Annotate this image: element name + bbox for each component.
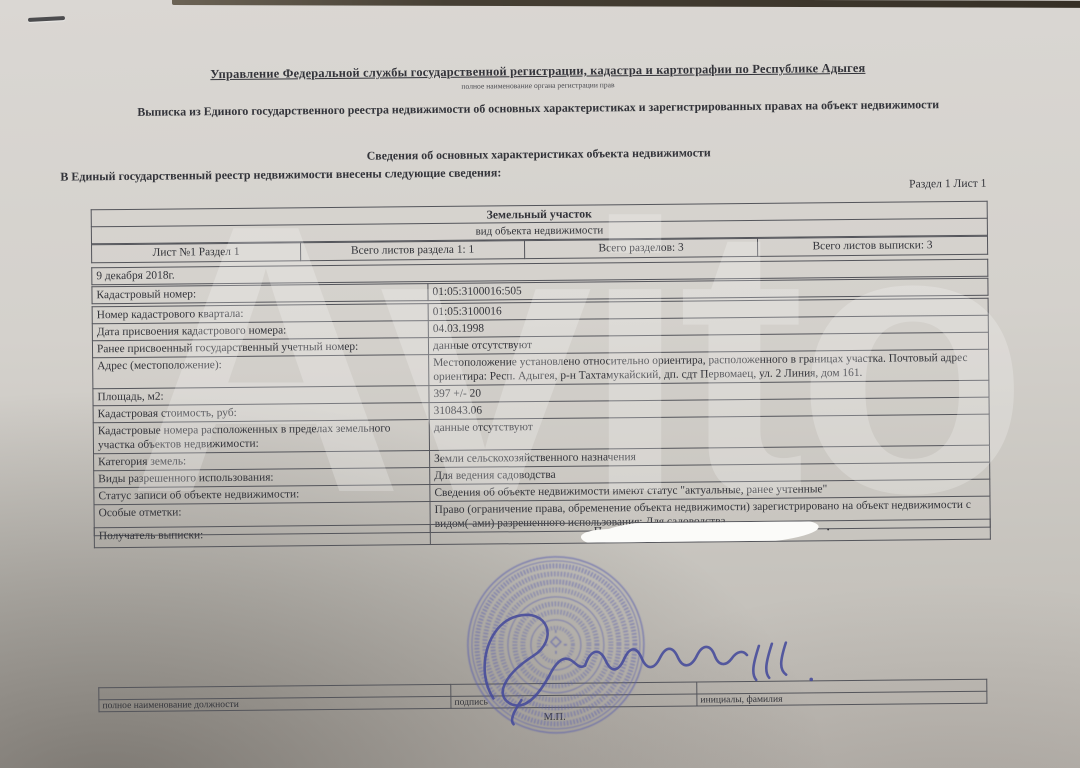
recipient-value-cell: П . <box>430 519 990 544</box>
egrn-extract-page: Управление Федеральной службы государств… <box>0 0 1080 768</box>
handwritten-signature <box>462 593 835 733</box>
sheet-info-cell: Всего листов выписки: 3 <box>757 236 987 256</box>
photographed-document: { "watermark": { "text": "Avito" }, "hea… <box>0 0 1080 768</box>
sheet-info-cell: Лист №1 Раздел 1 <box>92 243 301 263</box>
field-label: Кадастровые номера расположенных в преде… <box>93 420 429 454</box>
field-label: Кадастровый номер: <box>92 284 428 304</box>
intro-line: В Единый государственный реестр недвижим… <box>60 165 501 184</box>
section-sheet-reference: Раздел 1 Лист 1 <box>790 177 986 192</box>
redaction-trailing-dot: . <box>827 520 830 534</box>
document-title: Выписка из Единого государственного реес… <box>90 97 987 121</box>
object-details-table: Номер кадастрового квартала:01:05:310001… <box>92 298 991 537</box>
sheet-info-cell: Всего листов раздела 1: 1 <box>301 241 525 261</box>
position-caption: полное наименование должности <box>99 696 451 711</box>
sheet-info-cell: Всего разделов: 3 <box>524 238 757 258</box>
field-label: Адрес (местоположение): <box>93 355 429 389</box>
field-value: 01:05:3100016:505 <box>428 278 988 300</box>
section-title: Сведения об основных характеристиках объ… <box>90 143 987 167</box>
field-label: Получатель выписки: <box>94 525 430 548</box>
